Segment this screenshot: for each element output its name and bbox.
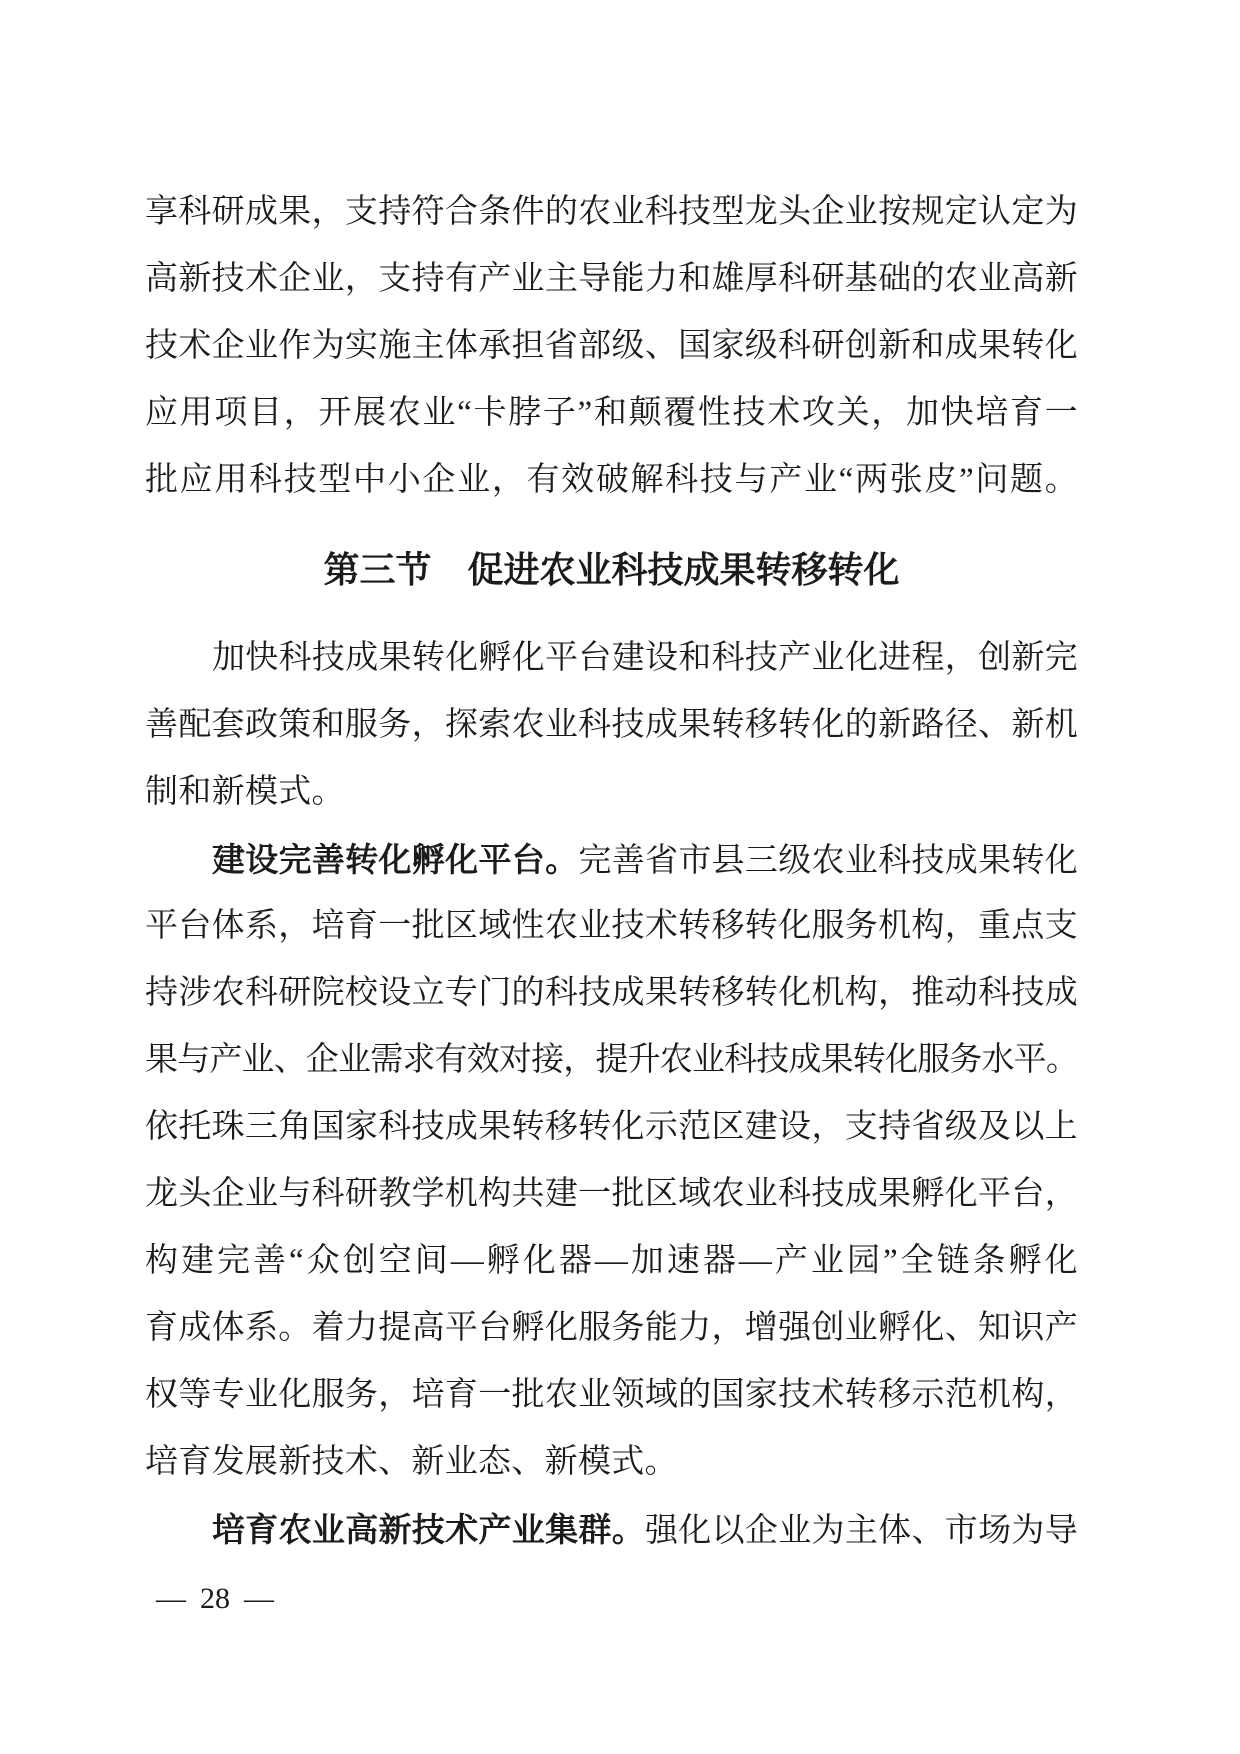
text-line: 培育农业高新技术产业集群。强化以企业为主体、市场为导 <box>145 1496 1078 1563</box>
text-line: 技术企业作为实施主体承担省部级、国家级科研创新和成果转化 <box>145 313 1078 380</box>
section-heading: 第三节 促进农业科技成果转移转化 <box>145 536 1078 603</box>
footer-left-dash: — <box>156 1582 186 1615</box>
footer-right-dash: — <box>244 1582 274 1615</box>
text-line: 依托珠三角国家科技成果转移转化示范区建设，支持省级及以上 <box>145 1094 1078 1161</box>
text-line: 应用项目，开展农业“卡脖子”和颠覆性技术攻关，加快培育一 <box>145 380 1078 447</box>
text-line: 制和新模式。 <box>145 759 1078 826</box>
text-line: 育成体系。着力提高平台孵化服务能力，增强创业孵化、知识产 <box>145 1295 1078 1362</box>
body-before-heading: 享科研成果，支持符合条件的农业科技型龙头企业按规定认定为高新技术企业，支持有产业… <box>145 179 1078 514</box>
text-line: 果与产业、企业需求有效对接，提升农业科技成果转化服务水平。 <box>145 1027 1078 1094</box>
text-line: 批应用科技型中小企业，有效破解科技与产业“两张皮”问题。 <box>145 447 1078 514</box>
bold-lead-text: 建设完善转化孵化平台。 <box>212 841 578 878</box>
text-line: 培育发展新技术、新业态、新模式。 <box>145 1429 1078 1496</box>
paragraph-cluster: 培育农业高新技术产业集群。强化以企业为主体、市场为导 <box>145 1496 1078 1563</box>
text-line: 享科研成果，支持符合条件的农业科技型龙头企业按规定认定为 <box>145 179 1078 246</box>
text-line: 建设完善转化孵化平台。完善省市县三级农业科技成果转化 <box>145 826 1078 893</box>
paragraph-intro: 加快科技成果转化孵化平台建设和科技产业化进程，创新完善配套政策和服务，探索农业科… <box>145 625 1078 826</box>
text-line: 平台体系，培育一批区域性农业技术转移转化服务机构，重点支 <box>145 893 1078 960</box>
text-line: 加快科技成果转化孵化平台建设和科技产业化进程，创新完 <box>145 625 1078 692</box>
text-line: 持涉农科研院校设立专门的科技成果转移转化机构，推动科技成 <box>145 960 1078 1027</box>
text-line: 权等专业化服务，培育一批农业领域的国家技术转移示范机构， <box>145 1362 1078 1429</box>
paragraph-platform: 建设完善转化孵化平台。完善省市县三级农业科技成果转化平台体系，培育一批区域性农业… <box>145 826 1078 1496</box>
bold-lead-text: 培育农业高新技术产业集群。 <box>212 1511 645 1548</box>
body-after-heading: 加快科技成果转化孵化平台建设和科技产业化进程，创新完善配套政策和服务，探索农业科… <box>145 625 1078 1563</box>
document-body: 享科研成果，支持符合条件的农业科技型龙头企业按规定认定为高新技术企业，支持有产业… <box>145 179 1078 1563</box>
text-line: 善配套政策和服务，探索农业科技成果转移转化的新路径、新机 <box>145 692 1078 759</box>
page-footer: —28— <box>156 1582 274 1616</box>
page-number: 28 <box>200 1582 230 1615</box>
text-line: 龙头企业与科研教学机构共建一批区域农业科技成果孵化平台， <box>145 1161 1078 1228</box>
document-page: 享科研成果，支持符合条件的农业科技型龙头企业按规定认定为高新技术企业，支持有产业… <box>0 0 1240 1754</box>
paragraph-continuation: 享科研成果，支持符合条件的农业科技型龙头企业按规定认定为高新技术企业，支持有产业… <box>145 179 1078 514</box>
text-line: 构建完善“众创空间—孵化器—加速器—产业园”全链条孵化 <box>145 1228 1078 1295</box>
text-line: 高新技术企业，支持有产业主导能力和雄厚科研基础的农业高新 <box>145 246 1078 313</box>
